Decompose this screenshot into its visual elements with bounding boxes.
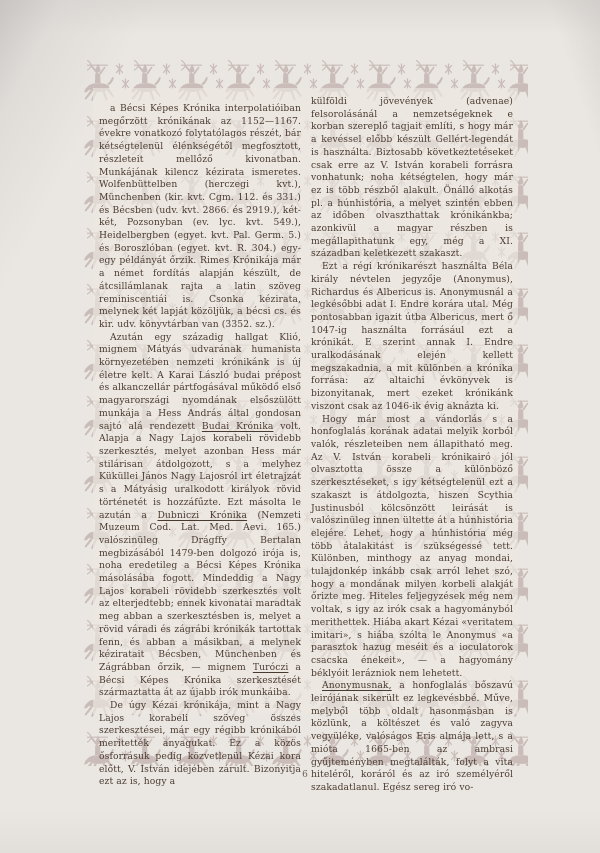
paragraph: Anonymusnak, a honfoglalás bőszavú leiró… bbox=[311, 680, 513, 794]
text-segment: volt. Alapja a Nagy Lajos korabeli rövid… bbox=[99, 421, 301, 521]
underlined-term: Turóczi bbox=[253, 662, 289, 673]
text-segment: (Nemzeti Muzeum Cod. Lat. Med. Aevi. 165… bbox=[99, 510, 301, 673]
paragraph: a Bécsi Képes Krónika interpolatióiban m… bbox=[99, 103, 301, 332]
text-segment: a Bécsi Képes Krónika interpolatióiban m… bbox=[99, 103, 301, 330]
underlined-term: Budai Krónika bbox=[202, 421, 274, 432]
text-segment: a honfoglalás bőszavú leirójának sikerül… bbox=[311, 680, 513, 793]
underlined-term: Anonymusnak, bbox=[322, 680, 392, 691]
paragraph: Ezt a régi krónikarészt használta Béla k… bbox=[311, 261, 513, 413]
text-column-right: külföldi jövevények (advenae) felsorolás… bbox=[311, 96, 513, 736]
scan-background: a Bécsi Képes Krónika interpolatióiban m… bbox=[0, 0, 600, 853]
book-page: a Bécsi Képes Krónika interpolatióiban m… bbox=[0, 0, 600, 853]
text-segment: De úgy Kézai krónikája, mint a Nagy Lajo… bbox=[99, 700, 301, 787]
text-segment: Azután egy századig hallgat Klió, mignem… bbox=[99, 332, 301, 432]
paragraph: Hogy már most a vándorlás s a honfoglalá… bbox=[311, 414, 513, 681]
underlined-term: Dubniczi Krónika bbox=[157, 510, 247, 521]
paragraph: Azután egy századig hallgat Klió, mignem… bbox=[99, 332, 301, 700]
page-number: 6 bbox=[297, 770, 313, 780]
text-column-left: a Bécsi Képes Krónika interpolatióiban m… bbox=[99, 103, 301, 736]
page-number-value: 6 bbox=[302, 770, 308, 780]
text-block: a Bécsi Képes Krónika interpolatióiban m… bbox=[99, 96, 513, 736]
text-segment: Hogy már most a vándorlás s a honfoglalá… bbox=[311, 414, 513, 679]
paragraph: külföldi jövevények (advenae) felsorolás… bbox=[311, 96, 513, 261]
text-segment: Ezt a régi krónikarészt használta Béla k… bbox=[311, 261, 513, 412]
paragraph: De úgy Kézai krónikája, mint a Nagy Lajo… bbox=[99, 700, 301, 789]
text-segment: külföldi jövevények (advenae) felsorolás… bbox=[311, 96, 513, 259]
